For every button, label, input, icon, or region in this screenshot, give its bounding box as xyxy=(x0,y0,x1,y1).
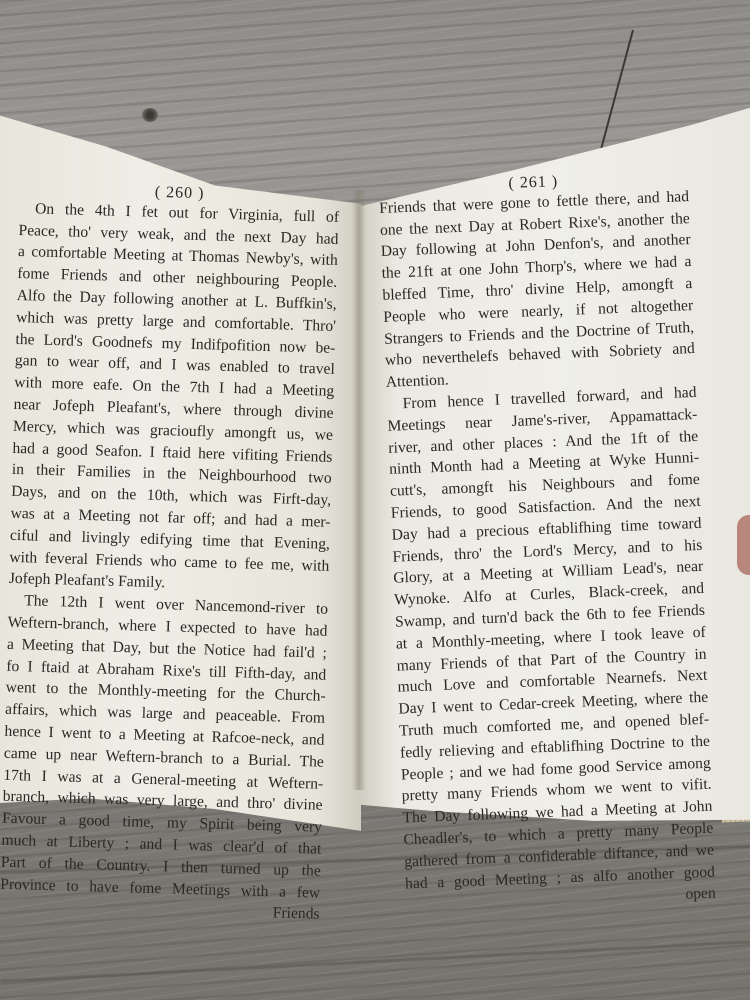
wood-knot xyxy=(142,108,158,122)
holding-thumb xyxy=(737,515,750,575)
left-page-text: ( 260 ) On the 4th I fet out for Virgini… xyxy=(0,178,340,926)
book-gutter xyxy=(352,190,366,790)
right-page-text: ( 261 ) Friends that were gone to fettle… xyxy=(378,166,716,916)
